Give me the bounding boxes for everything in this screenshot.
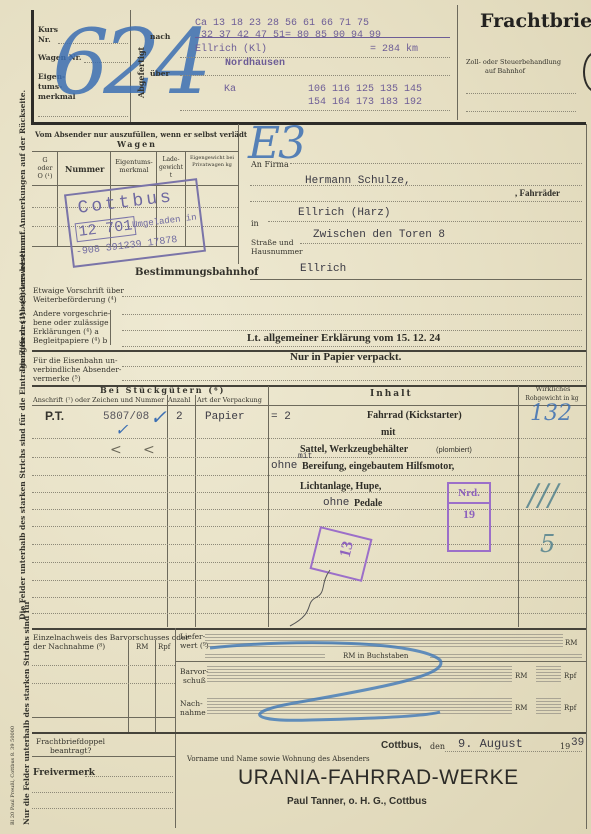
duplicate-bottom (32, 756, 175, 757)
nrd-stamp: Nrd. 19 (447, 482, 491, 552)
wagon-heading-2: Wagen (117, 140, 157, 149)
wagon-heading-1: Vom Absender nur auszufüllen, wenn er se… (35, 130, 247, 139)
nach-field-line (180, 57, 450, 58)
header-title-divider (457, 5, 458, 120)
freivermerk-line-2 (32, 792, 173, 793)
other-label-2: bene oder zulässige (33, 318, 109, 327)
den-label: den (430, 742, 445, 751)
contents-line-6: ohne (271, 460, 297, 472)
goods-col-contents: Inhalt (370, 390, 413, 399)
forwarding-label-2: Weiterbeförderung (⁴) (33, 295, 117, 304)
eigentum-field-line (38, 116, 128, 117)
stamp-city: Cottbus (77, 187, 175, 219)
goods-header-bottom (32, 405, 586, 406)
goods-row-line-8 (32, 562, 586, 563)
nonbinding-line-2 (122, 380, 582, 381)
year-prefix: 19 (560, 742, 570, 751)
other-label-4: Begleitpapiere (⁴) b (33, 336, 107, 345)
letters-field-right (430, 654, 582, 659)
nonbinding-label-1: Für die Eisenbahn un- (33, 356, 118, 365)
year-suffix: 39 (571, 737, 584, 749)
handwritten-weight-mark-2: 5 (540, 530, 555, 558)
tick-mark-2: < (143, 442, 155, 458)
customs-label-2: auf Bahnhof (485, 67, 525, 76)
ueber-field-line (180, 75, 450, 76)
freivermerk-line-1 (85, 776, 173, 777)
ueber-label: über (150, 69, 169, 78)
duplicate-label-2: beantragt? (50, 746, 91, 755)
street-line (300, 243, 582, 244)
via-station: Nordhausen (225, 58, 285, 69)
stamp-umgeladen: Umgeladen in (132, 212, 198, 230)
cod-row-2 (32, 683, 175, 684)
cod-row-3 (32, 717, 175, 718)
street-label-2: Hausnummer (251, 247, 303, 256)
nonbinding-label-2: verbindliche Absender- (33, 365, 121, 374)
goods-row-line-5 (32, 509, 586, 510)
tariff-strike-line (195, 37, 450, 38)
tariff-row-1: Ca 13 18 23 28 56 61 66 71 75 (195, 18, 369, 29)
forwarding-label-1: Etwaige Vorschrift über (33, 286, 124, 295)
destination-station: Ellrich (Kl) (195, 44, 267, 55)
goods-col-divider-3 (268, 386, 269, 627)
goods-col-divider-4 (518, 386, 519, 627)
sender-subline: Paul Tanner, o. H. G., Cottbus (287, 796, 427, 807)
header-bottom-rule (31, 122, 586, 125)
cod-main-divider (175, 628, 176, 828)
wagon-col-ladegewicht: Lade-gewicht t (158, 156, 184, 180)
pencil-squiggle (285, 568, 335, 628)
contents-line-2: mit (381, 427, 395, 438)
street-label-1: Straße und (251, 238, 294, 247)
wagon-header-top (32, 151, 238, 152)
footer-top-rule (32, 732, 586, 734)
wagon-right-border (238, 124, 239, 264)
handwritten-wagon-number: 624 (52, 18, 206, 108)
wagon-col-eigentum: Eigentums-merkmal (113, 158, 155, 174)
liefer-rm: RM (565, 639, 577, 648)
margin-print-code: Bl 20 Paul Preußl, Cottbus 8. 39 50000 (10, 726, 16, 825)
goods-col-marks: Anschrift (⁷) oder Zeichen und Nummer (33, 396, 164, 405)
cod-label-1: Einzelnachweis des Barvorschusses oder (33, 633, 189, 642)
cod-col-rpf: Rpf (158, 643, 170, 652)
cod-row-1 (32, 665, 175, 666)
goods-col-weight-1: Wirkliches (522, 385, 584, 394)
nachnahme-rm: RM (515, 704, 527, 713)
shipment-date: 9. August (458, 737, 523, 751)
goods-row-line-6 (32, 526, 586, 527)
wagon-col-g-o: G oder O (¹) (35, 156, 55, 180)
check-mark-1: ✓ (150, 405, 167, 429)
city-line (268, 221, 582, 222)
nr-label: Nr. (38, 35, 51, 44)
goods-row-line-4 (32, 492, 586, 493)
tariff-row-2: 32 37 42 47 51= 80 85 90 94 99 (201, 30, 381, 41)
abgefertigt-label: Abgefertigt (136, 47, 146, 98)
nonbinding-line-1 (122, 366, 582, 367)
destination-station-label: Bestimmungsbahnhof (135, 268, 258, 277)
goods-row-line-7 (32, 544, 586, 545)
contents-line-8: Lichtanlage, Hupe, (300, 481, 381, 492)
barvorschuss-rpf-field[interactable] (536, 666, 561, 684)
recipient-city: Ellrich (Harz) (298, 207, 390, 219)
in-label: in (251, 219, 259, 228)
handwritten-weight-mark: /// (528, 478, 558, 513)
cottbus-transfer-stamp: Cottbus 12 701 Umgeladen in -908 391239 … (64, 178, 206, 268)
wagon-col-1 (57, 151, 58, 246)
cod-col-divider-1 (128, 640, 129, 732)
nrd-stamp-number: 19 (449, 504, 489, 522)
goods-row-line-3 (32, 475, 586, 476)
goods-marks-prefix: P.T. (45, 409, 64, 423)
freight-letter-document: Kurs Nr. Wagen Nr. Eigen- tums- merkmal … (0, 0, 591, 834)
stamp-number: 12 701 (75, 216, 137, 242)
other-line-2 (122, 330, 582, 331)
distance: = 284 km (370, 44, 418, 55)
general-declaration: Lt. allgemeiner Erklärung vom 15. 12. 24 (247, 332, 440, 344)
cod-col-divider-2 (155, 640, 156, 732)
nach-label: nach (150, 32, 170, 41)
goods-col-packing: Art der Verpackung (197, 396, 262, 405)
other-line-3 (122, 346, 582, 347)
wagon-col-eigengewicht: Eigengewicht bei Privatwagen kg (188, 155, 236, 169)
freivermerk-line-3 (32, 808, 173, 809)
railway-stamp-circle (583, 52, 591, 92)
goods-contents-qty: = 2 (271, 411, 291, 423)
nachnahme-rpf: Rpf (564, 704, 576, 713)
duplicate-label-1: Frachtbriefdoppel (36, 737, 105, 746)
date-line (445, 751, 582, 752)
barvorschuss-rm: RM (515, 672, 527, 681)
contents-line-7: Bereifung, eingebautem Hilfsmotor, (302, 461, 454, 472)
business-line (250, 201, 582, 202)
handwritten-weight: 132 (530, 401, 572, 426)
customs-field-line-2 (466, 111, 576, 112)
contents-line-10: Pedale (354, 498, 382, 509)
other-bracket (110, 310, 111, 345)
tick-mark-1: < (110, 442, 122, 458)
firma-label: An Firma (251, 160, 289, 169)
goods-col-count: Anzahl (168, 396, 190, 405)
recipient-street: Zwischen den Toren 8 (313, 229, 445, 241)
right-border (586, 124, 587, 829)
margin-note-middle: Die Felder unterhalb des starken Strichs… (18, 229, 27, 620)
contents-line-3: Sattel, Werkzeugbehälter (300, 444, 408, 455)
sender-place: Cottbus, (381, 740, 422, 751)
other-line-1 (122, 314, 582, 315)
sender-company: URANIA-FAHRRAD-WERKE (238, 766, 519, 790)
document-title: Frachtbrief (480, 10, 591, 32)
contents-line-1: Fahrrad (Kickstarter) (367, 410, 462, 421)
recipient-destination: Ellrich (300, 263, 346, 275)
nrd-stamp-label: Nrd. (449, 484, 489, 504)
goods-count: 2 (176, 411, 183, 423)
nonbinding-label-3: vermerke (⁵) (33, 374, 81, 383)
ka-row-1: 106 116 125 135 145 (308, 84, 422, 95)
destination-line (250, 279, 582, 280)
goods-col-divider-2 (195, 395, 196, 627)
barvorschuss-rpf: Rpf (564, 672, 576, 681)
sender-label: Vorname und Name sowie Wohnung des Absen… (187, 755, 370, 764)
packing-note: Nur in Papier verpackt. (290, 351, 401, 363)
contents-line-9: ohne (323, 497, 349, 509)
margin-note-bottom: Nur die Felder unterhalb des starken Str… (22, 601, 31, 826)
header-left-border (31, 10, 34, 122)
cod-col-rm: RM (136, 643, 148, 652)
ka-row-2: 154 164 173 183 192 (308, 97, 422, 108)
goods-col-divider-1 (167, 395, 168, 627)
blue-pencil-oval-strike (180, 630, 450, 725)
check-mark-2: ✓ (115, 420, 128, 439)
goods-packing: Papier (205, 411, 245, 423)
goods-group-heading: Bei Stückgütern (⁶) (100, 386, 225, 395)
forwarding-line (122, 296, 582, 297)
other-label-3: Erklärungen (⁴) a (33, 327, 99, 336)
recipient-business: , Fahrräder (515, 188, 560, 198)
ka-field-line (180, 110, 450, 111)
nachnahme-rpf-field[interactable] (536, 698, 561, 716)
wagon-col-nummer: Nummer (65, 165, 104, 174)
other-label-1: Andere vorgeschrie- (33, 309, 110, 318)
contents-line-5: mit (298, 452, 312, 461)
contents-line-4: (plombiert) (436, 445, 472, 454)
customs-label-1: Zoll- oder Steuerbehandlung (466, 58, 561, 67)
customs-field-line-1 (466, 93, 576, 94)
recipient-name-line (250, 185, 582, 186)
firma-line (290, 163, 582, 164)
ka-label: Ka (224, 84, 236, 95)
cod-label-2: der Nachnahme (⁸) (33, 642, 105, 651)
